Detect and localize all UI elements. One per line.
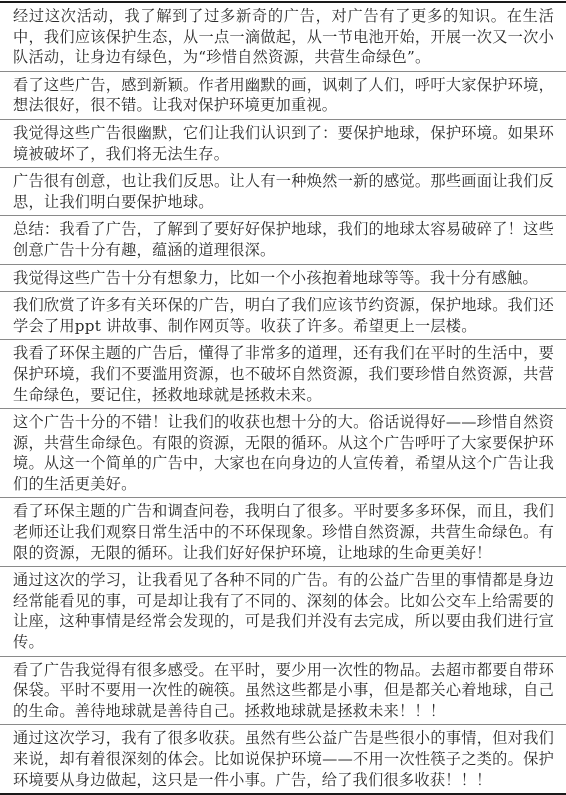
feedback-entry-1: 经过这次活动，我了解到了过多新奇的广告，对广告有了更多的知识。在生活中，我们应该… (0, 3, 566, 72)
feedback-entry-4: 广告很有创意，也让我们反思。让人有一种焕然一新的感觉。那些画面让我们反思，让我们… (0, 168, 566, 216)
feedback-entry-10: 看了环保主题的广告和调查问卷，我明白了很多。平时要多多环保，而且，我们老师还让我… (0, 498, 566, 567)
student-feedback-table: 经过这次活动，我了解到了过多新奇的广告，对广告有了更多的知识。在生活中，我们应该… (0, 1, 566, 683)
feedback-entry-9: 这个广告十分的不错！让我们的收获也想十分的大。俗话说得好——珍惜自然资源，共营生… (0, 409, 566, 498)
feedback-entry-11: 通过这次的学习，让我看见了各种不同的广告。有的公益广告里的事情都是身边经常能看见… (0, 567, 566, 656)
feedback-entry-6: 我觉得这些广告十分有想象力，比如一个小孩抱着地球等等。我十分有感触。 (0, 265, 566, 293)
feedback-entry-3: 我觉得这些广告很幽默，它们让我们认识到了：要保护地球，保护环境。如果环境被破坏了… (0, 120, 566, 168)
feedback-entry-8: 我看了环保主题的广告后，懂得了非常多的道理，还有我们在平时的生活中，要保护环境，… (0, 340, 566, 409)
feedback-entry-7: 我们欣赏了许多有关环保的广告，明白了我们应该节约资源，保护地球。我们还学会了用p… (0, 292, 566, 340)
feedback-entry-12: 看了广告我觉得有很多感受。在平时，要少用一次性的物品。去超市都要自带环保袋。平时… (0, 657, 566, 683)
feedback-entry-5: 总结：我看了广告，了解到了要好好保护地球，我们的地球太容易破碎了！这些创意广告十… (0, 216, 566, 264)
feedback-entry-2: 看了这些广告，感到新颖。作者用幽默的画，讽刺了人们，呼吁大家保护环境，想法很好，… (0, 72, 566, 120)
